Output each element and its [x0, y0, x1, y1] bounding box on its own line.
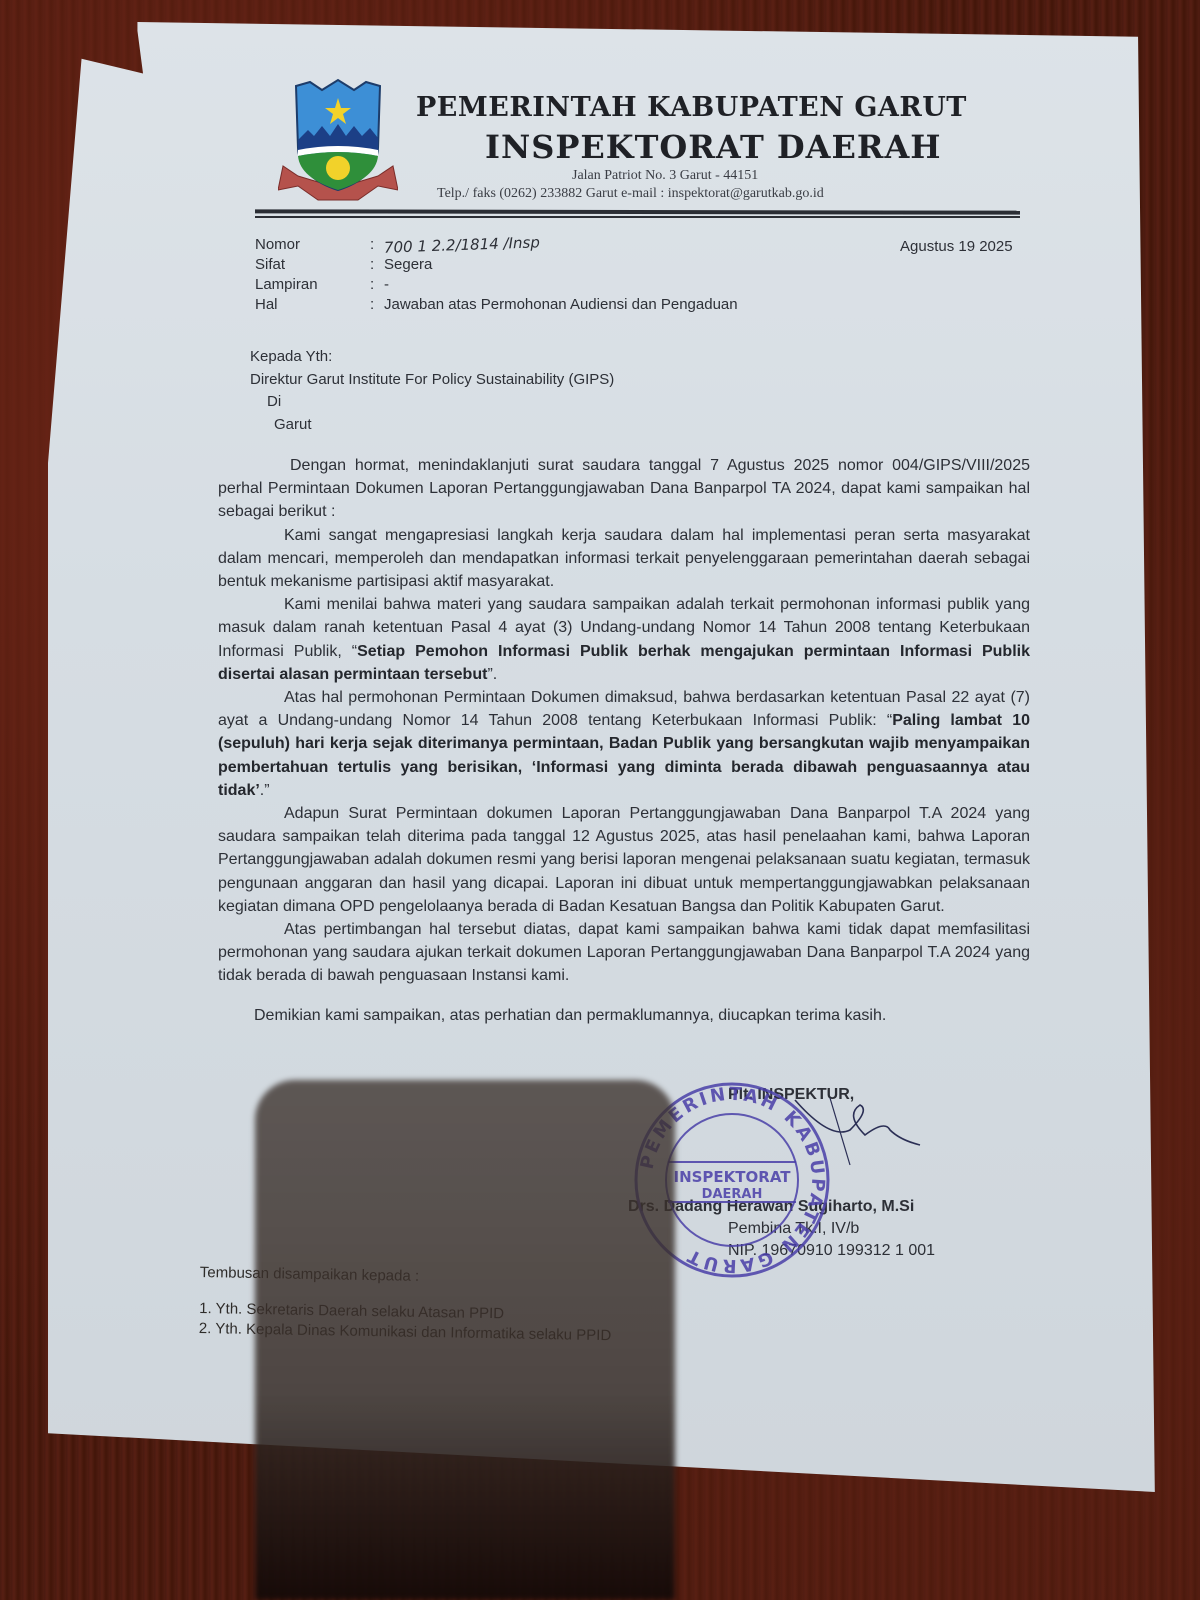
paragraph-6: Atas pertimbangan hal tersebut diatas, d…: [218, 918, 1030, 988]
meta-row-sifat: Sifat: Segera: [255, 256, 738, 276]
paragraph-3: Kami menilai bahwa materi yang saudara s…: [218, 593, 1030, 686]
letter-body: Dengan hormat, menindaklanjuti surat sau…: [218, 454, 1030, 1027]
recipient-name: Direktur Garut Institute For Policy Sust…: [250, 369, 614, 392]
recipient-di: Di: [250, 391, 614, 414]
stamp-inner-line2: DAERAH: [702, 1187, 763, 1202]
meta-row-lampiran: Lampiran: -: [255, 276, 738, 296]
letterhead-government: PEMERINTAH KABUPATEN GARUT: [416, 92, 967, 123]
recipient-block: Kepada Yth: Direktur Garut Institute For…: [250, 346, 614, 436]
recipient-city: Garut: [250, 414, 614, 437]
meta-row-nomor: Nomor: 700 1 2.2/1814 /Insp: [255, 236, 738, 256]
letterhead-office: INSPEKTORAT DAERAH: [485, 128, 942, 166]
letterhead-contact: Telp./ faks (0262) 233882 Garut e-mail :…: [437, 186, 824, 202]
meta-value-nomor: 700 1 2.2/1814 /Insp: [384, 233, 540, 258]
letter-date: Agustus 19 2025: [900, 238, 1013, 255]
letterhead-divider: [255, 209, 1020, 214]
letter-metadata: Nomor: 700 1 2.2/1814 /Insp Sifat: Seger…: [255, 236, 738, 316]
coat-of-arms-icon: [278, 78, 398, 203]
letterhead-address: Jalan Patriot No. 3 Garut - 44151: [572, 168, 758, 184]
paragraph-5: Adapun Surat Permintaan dokumen Laporan …: [218, 802, 1030, 918]
recipient-salutation: Kepada Yth:: [250, 346, 614, 369]
meta-value-sifat: Segera: [384, 256, 432, 276]
closing-paragraph: Demikian kami sampaikan, atas perhatian …: [218, 1004, 1030, 1027]
meta-value-lampiran: -: [384, 276, 389, 296]
stamp-inner-line1: INSPEKTORAT: [673, 1168, 791, 1186]
paragraph-4: Atas hal permohonan Permintaan Dokumen d…: [218, 686, 1030, 802]
letterhead-divider-thin: [255, 216, 1020, 218]
hand-shadow: [255, 1080, 675, 1600]
meta-value-hal: Jawaban atas Permohonan Audiensi dan Pen…: [384, 296, 738, 316]
paragraph-1: Dengan hormat, menindaklanjuti surat sau…: [218, 454, 1030, 524]
paragraph-2: Kami sangat mengapresiasi langkah kerja …: [218, 524, 1030, 594]
meta-row-hal: Hal: Jawaban atas Permohonan Audiensi da…: [255, 296, 738, 316]
